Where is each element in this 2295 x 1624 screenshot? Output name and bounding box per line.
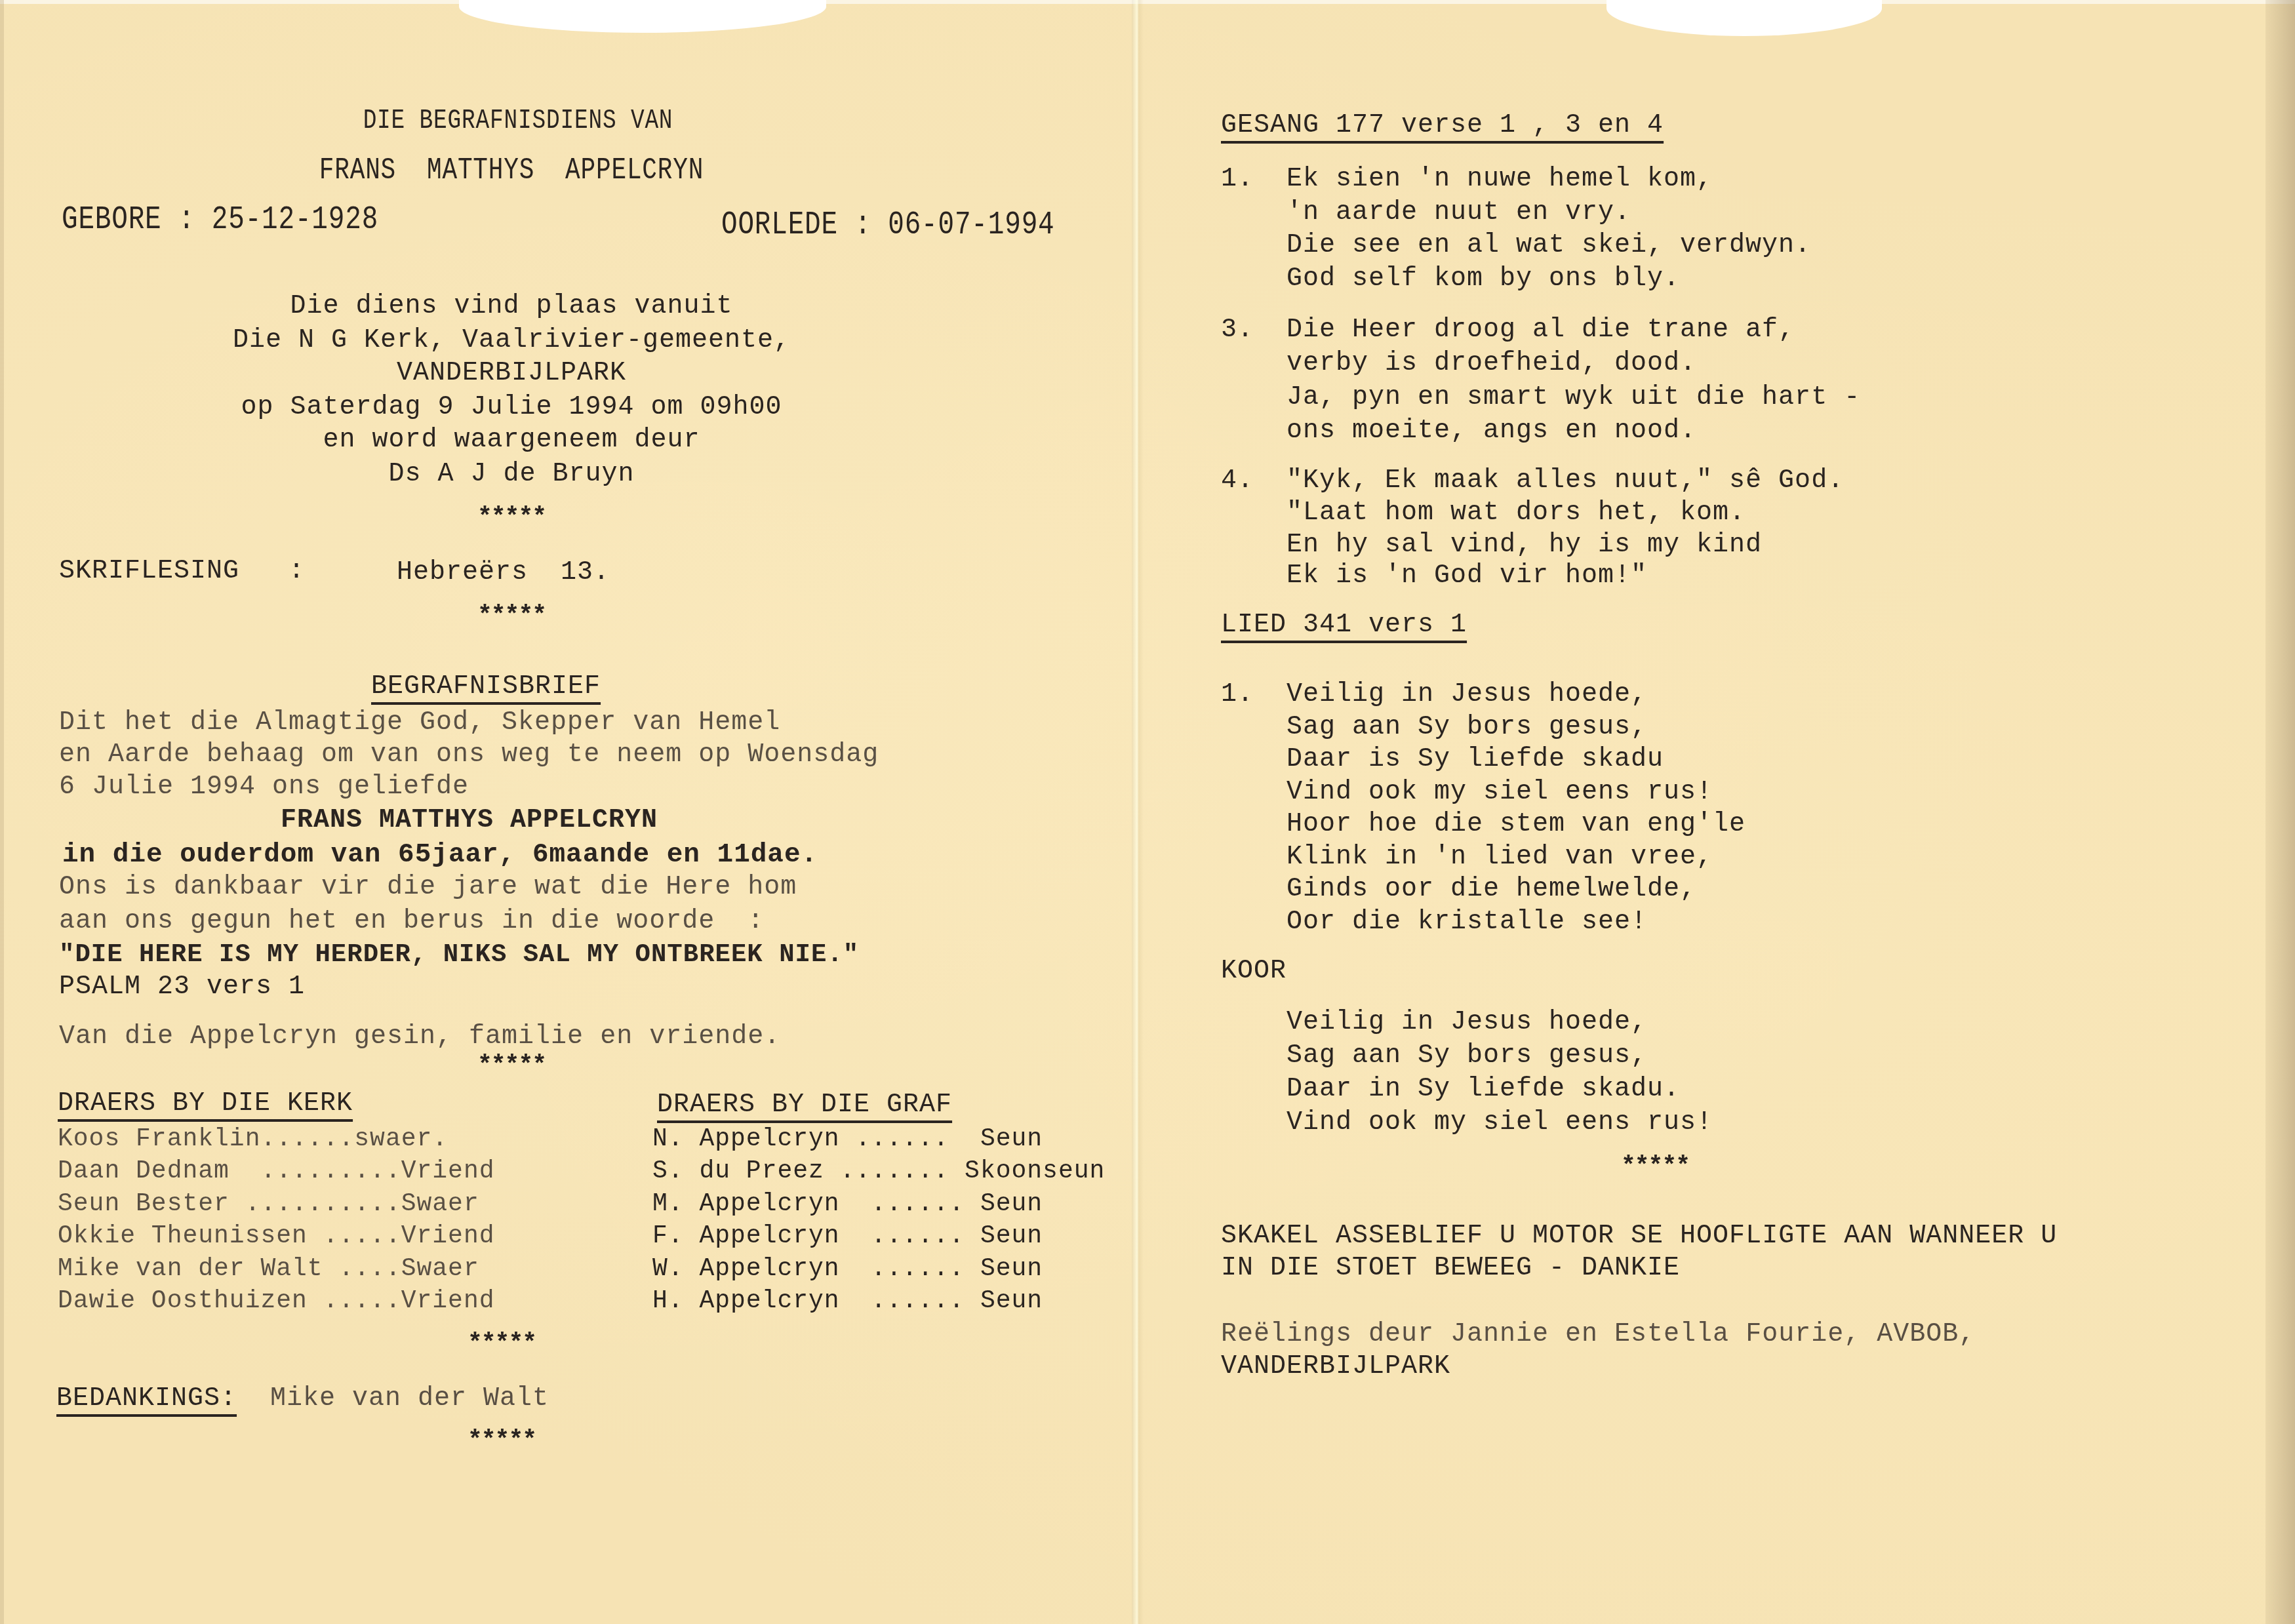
letter-line: aan ons gegun het en berus in die woorde… [59,906,764,938]
hymn-line: verby is droefheid, dood. [1287,348,1696,380]
hymn-line: Sag aan Sy bors gesus, [1287,712,1647,743]
service-line: VANDERBIJLPARK [0,358,1023,389]
thanks-name: Mike van der Walt [270,1383,549,1415]
hymn-line: Ek sien 'n nuwe hemel kom, [1287,164,1713,195]
chorus-line: Vind ook my siel eens rus! [1287,1107,1713,1139]
hymn-line: Veilig in Jesus hoede, [1287,679,1647,711]
hymn-line: Ja, pyn en smart wyk uit die hart - [1287,382,1860,414]
section-separator: ***** [0,1050,1023,1082]
chorus-line: Sag aan Sy bors gesus, [1287,1040,1647,1072]
hymn-line: Vind ook my siel eens rus! [1287,777,1713,808]
section-separator: ***** [0,1328,1003,1360]
section-separator: ***** [0,1425,1003,1457]
church-bearer-row: Mike van der Walt ....Swaer [58,1254,479,1285]
section-separator: ***** [0,502,1023,534]
notice-line: SKAKEL ASSEBLIEF U MOTOR SE HOOFLIGTE AA… [1221,1221,2057,1252]
service-heading: DIE BEGRAFNISDIENS VAN [93,105,943,136]
grave-bearer-row: W. Appelcryn ...... Seun [652,1254,1043,1285]
letter-deceased-name: FRANS MATTHYS APPELCRYN [281,805,658,837]
funeral-program-sheet: DIE BEGRAFNISDIENS VAN FRANS MATTHYS APP… [0,0,2295,1624]
grave-bearer-row: M. Appelcryn ...... Seun [652,1189,1043,1220]
hymn-line: 'n aarde nuut en vry. [1287,197,1631,229]
section-separator: ***** [1621,1151,1689,1183]
birth-date: GEBORE : 25-12-1928 [62,205,378,236]
hymn-line: Oor die kristalle see! [1287,907,1647,938]
grave-bearer-row: H. Appelcryn ...... Seun [652,1286,1043,1317]
verse-number: 1. [1221,164,1254,195]
center-fold [1132,0,1144,1624]
psalm-quote: "DIE HERE IS MY HERDER, NIKS SAL MY ONTB… [59,939,859,970]
scripture-reference: Hebreërs 13. [397,557,610,589]
hymn-line: God self kom by ons bly. [1287,264,1680,295]
service-line: Die N G Kerk, Vaalrivier-gemeente, [0,325,1023,357]
section-separator: ***** [0,601,1023,632]
church-bearer-row: Daan Dednam .........Vriend [58,1156,495,1187]
service-line: en word waargeneem deur [0,425,1023,456]
arrangements-line: Reëlings deur Jannie en Estella Fourie, … [1221,1319,1975,1351]
church-bearer-row: Dawie Oosthuizen .....Vriend [58,1286,495,1317]
hymn-line: Ek is 'n God vir hom!" [1287,561,1647,592]
left-page: DIE BEGRAFNISDIENS VAN FRANS MATTHYS APP… [0,0,1132,1624]
verse-number: 3. [1221,315,1254,346]
hymn-line: Daar is Sy liefde skadu [1287,744,1664,776]
hymn-line: Die Heer droog al die trane af, [1287,315,1795,346]
service-line: Ds A J de Bruyn [0,459,1023,490]
letter-age: in die ouderdom van 65jaar, 6maande en 1… [62,839,818,871]
grave-bearer-row: N. Appelcryn ...... Seun [652,1124,1043,1155]
deceased-name-title: FRANS MATTHYS APPELCRYN [92,155,930,186]
service-line: op Saterdag 9 Julie 1994 om 09h00 [0,392,1023,424]
chorus-label: KOOR [1221,956,1287,987]
letter-signature: Van die Appelcryn gesin, familie en vrie… [59,1021,780,1053]
verse-number: 4. [1221,465,1254,497]
hymn-line: Hoor hoe die stem van eng'le [1287,809,1746,841]
church-bearer-row: Seun Bester ..........Swaer [58,1189,479,1220]
grave-bearer-row: F. Appelcryn ...... Seun [652,1221,1043,1252]
verse-number: 1. [1221,679,1254,711]
grave-bearers-title: DRAERS BY DIE GRAF [657,1090,952,1121]
psalm-reference: PSALM 23 vers 1 [59,972,305,1003]
right-page: GESANG 177 verse 1 , 3 en 4 1. Ek sien '… [1144,0,2295,1624]
hymn1-title: GESANG 177 verse 1 , 3 en 4 [1221,110,1664,142]
hymn-line: Ginds oor die hemelwelde, [1287,874,1696,905]
letter-title: BEGRAFNISBRIEF [371,671,601,703]
hymn-line: "Kyk, Ek maak alles nuut," sê God. [1287,465,1844,497]
hymn2-title: LIED 341 vers 1 [1221,610,1467,641]
notice-line: IN DIE STOET BEWEEG - DANKIE [1221,1253,1680,1284]
church-bearer-row: Koos Franklin......swaer. [58,1124,448,1155]
hymn-line: ons moeite, angs en nood. [1287,416,1696,447]
scripture-label: SKRIFLESING : [59,556,305,587]
death-date: OORLEDE : 06-07-1994 [721,210,1054,241]
hymn-line: Klink in 'n lied van vree, [1287,842,1713,873]
thanks-label: BEDANKINGS: [56,1383,237,1415]
grave-bearer-row: S. du Preez ....... Skoonseun [652,1156,1105,1187]
letter-line: en Aarde behaag om van ons weg te neem o… [59,740,879,771]
chorus-line: Veilig in Jesus hoede, [1287,1007,1647,1039]
letter-line: Dit het die Almagtige God, Skepper van H… [59,707,780,739]
church-bearer-row: Okkie Theunissen .....Vriend [58,1221,495,1252]
letter-line: 6 Julie 1994 ons geliefde [59,772,469,803]
arrangements-line: VANDERBIJLPARK [1221,1351,1450,1383]
hymn-line: Die see en al wat skei, verdwyn. [1287,230,1811,262]
service-line: Die diens vind plaas vanuit [0,291,1023,323]
hymn-line: En hy sal vind, hy is my kind [1287,530,1762,561]
letter-line: Ons is dankbaar vir die jare wat die Her… [59,872,797,903]
church-bearers-title: DRAERS BY DIE KERK [58,1088,353,1120]
chorus-line: Daar in Sy liefde skadu. [1287,1074,1680,1105]
hymn-line: "Laat hom wat dors het, kom. [1287,498,1746,529]
